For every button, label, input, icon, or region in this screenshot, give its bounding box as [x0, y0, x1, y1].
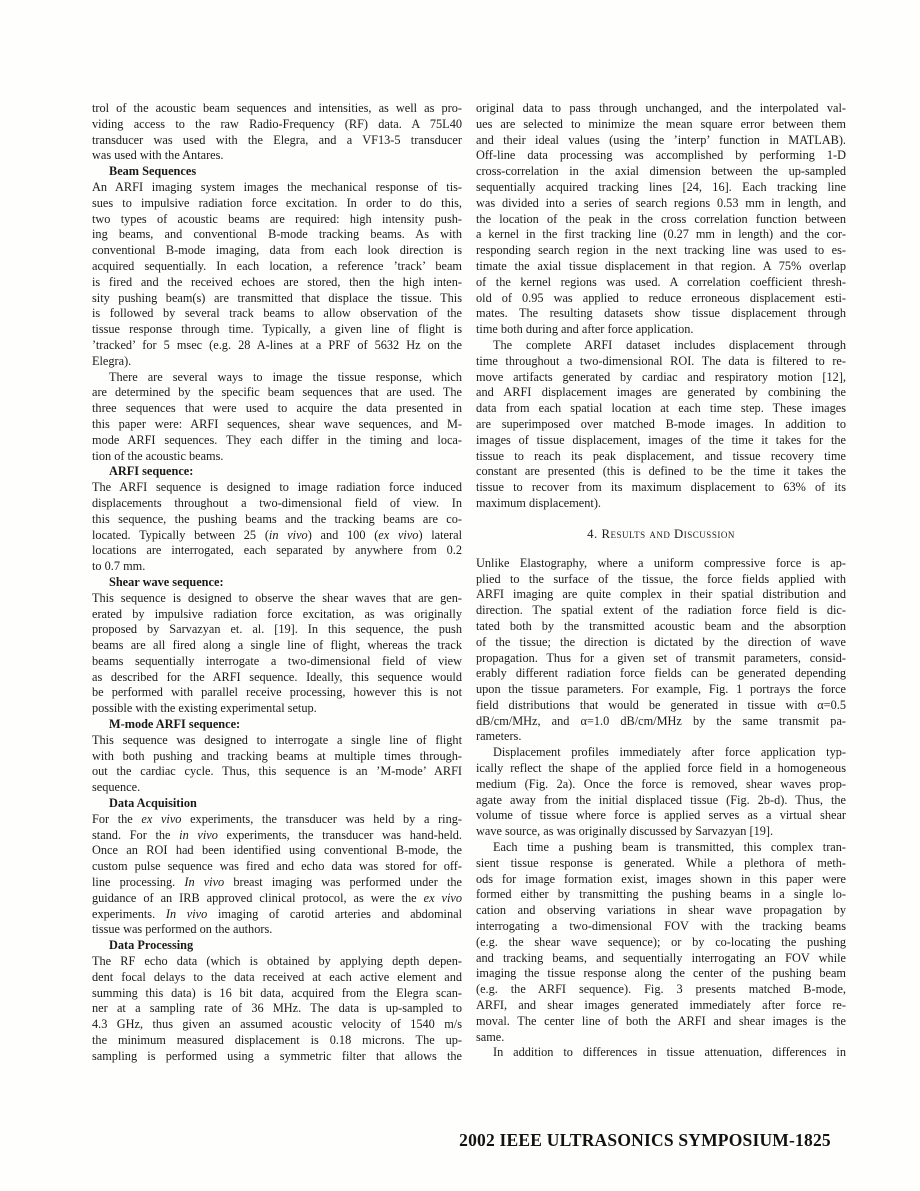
text-run: acquired sequentially. In each location,…: [92, 259, 462, 273]
text-line: moval. The center line of both the ARFI …: [476, 1014, 846, 1030]
text-line: Once an ROI had been identified using co…: [92, 843, 462, 859]
text-line: There are several ways to image the tiss…: [92, 370, 462, 386]
text-run: ing beams, and conventional B-mode track…: [92, 227, 462, 241]
italic-text-run: ex vivo: [141, 812, 181, 826]
text-run: The ARFI sequence is designed to image r…: [92, 480, 462, 494]
text-run: Displacement profiles immediately after …: [493, 745, 846, 759]
text-run: located. Typically between 25 (: [92, 528, 269, 542]
text-line: be performed with parallel receive proce…: [92, 685, 462, 701]
left-column: trol of the acoustic beam sequences and …: [92, 101, 462, 1065]
text-run: Elegra).: [92, 354, 131, 368]
text-run: sity pushing beam(s) are transmitted tha…: [92, 291, 462, 305]
italic-text-run: In vivo: [166, 907, 207, 921]
text-run: tissue response through time. Typically,…: [92, 322, 462, 336]
text-run: the location of the peak in the cross co…: [476, 212, 846, 226]
text-line: the minimum measured displacement is 0.1…: [92, 1033, 462, 1049]
text-line: interrogating a two-dimensional FOV with…: [476, 919, 846, 935]
text-line: In addition to differences in tissue att…: [476, 1045, 846, 1061]
text-run: erated by impulsive radiation force exci…: [92, 607, 462, 621]
text-run: field distributions that would be genera…: [476, 698, 846, 712]
text-line: ues are selected to minimize the mean sq…: [476, 117, 846, 133]
text-line: and ARFI displacement images are generat…: [476, 385, 846, 401]
text-run: the minimum measured displacement is 0.1…: [92, 1033, 462, 1047]
text-line: transducer was used with the Elegra, and…: [92, 133, 462, 149]
text-line: (e.g. the ARFI sequence). Fig. 3 present…: [476, 982, 846, 998]
text-line: The complete ARFI dataset includes displ…: [476, 338, 846, 354]
text-line: ARFI, and shear images generated immedia…: [476, 998, 846, 1014]
text-run: wave source, as was originally discussed…: [476, 824, 773, 838]
text-line: ’tracked’ for 5 msec (e.g. 28 A-lines at…: [92, 338, 462, 354]
text-line: same.: [476, 1030, 846, 1046]
text-run: guidance of an IRB approved clinical pro…: [92, 891, 424, 905]
text-run: tated both by the transmitted acoustic b…: [476, 619, 846, 633]
text-line: direction. The spatial extent of the rad…: [476, 603, 846, 619]
text-run: line processing.: [92, 875, 184, 889]
text-run: is fired and the received echoes are sto…: [92, 275, 462, 289]
text-run: maximum displacement).: [476, 496, 601, 510]
text-line: experiments. In vivo imaging of carotid …: [92, 907, 462, 923]
text-run: are determined by the specific beam sequ…: [92, 385, 462, 399]
text-line: beams are all fired along a single line …: [92, 638, 462, 654]
text-line: located. Typically between 25 (in vivo) …: [92, 528, 462, 544]
text-run: with both pushing and tracking beams at …: [92, 749, 462, 763]
text-run: is followed by several track beams to al…: [92, 306, 462, 320]
text-run: plied to the surface of the tissue, the …: [476, 572, 846, 586]
text-run: as described for the ARFI sequence. Idea…: [92, 670, 462, 684]
text-line: field distributions that would be genera…: [476, 698, 846, 714]
text-run: timate the axial tissue displacement in …: [476, 259, 846, 273]
text-line: Unlike Elastography, where a uniform com…: [476, 556, 846, 572]
text-line: This sequence is designed to observe the…: [92, 591, 462, 607]
text-run: dent focal delays to the data received a…: [92, 970, 462, 984]
text-run: Each time a pushing beam is transmitted,…: [493, 840, 846, 854]
text-run: stand. For the: [92, 828, 179, 842]
italic-text-run: ex vivo: [378, 528, 418, 542]
paragraph: This sequence is designed to observe the…: [92, 591, 462, 717]
text-line: are determined by the specific beam sequ…: [92, 385, 462, 401]
paragraph: There are several ways to image the tiss…: [92, 370, 462, 465]
text-line: timate the axial tissue displacement in …: [476, 259, 846, 275]
text-run: imaging the tissue response along the ce…: [476, 966, 846, 980]
text-run: ically reflect the shape of the applied …: [476, 761, 846, 775]
text-line: dB/cm/MHz, and α=1.0 dB/cm/MHz by the sa…: [476, 714, 846, 730]
text-run: tion of the acoustic beams.: [92, 449, 223, 463]
text-line: original data to pass through unchanged,…: [476, 101, 846, 117]
text-line: out the cardiac cycle. Thus, this sequen…: [92, 764, 462, 780]
text-line: The ARFI sequence is designed to image r…: [92, 480, 462, 496]
text-line: sequentially acquired tracking lines [24…: [476, 180, 846, 196]
subsection-heading: Beam Sequences: [92, 164, 462, 180]
text-line: imaging the tissue response along the ce…: [476, 966, 846, 982]
text-line: custom pulse sequence was fired and echo…: [92, 859, 462, 875]
text-line: ner at a sampling rate of 36 MHz. The da…: [92, 1001, 462, 1017]
text-run: and tracking beams, and sequentially int…: [476, 951, 846, 965]
text-run: formed either by transmitting the pushin…: [476, 887, 846, 901]
text-line: was used with the Antares.: [92, 148, 462, 164]
text-run: medium (Fig. 2a). Once the force is remo…: [476, 777, 846, 791]
text-run: Unlike Elastography, where a uniform com…: [476, 556, 846, 570]
text-run: constant are presented (this is defined …: [476, 464, 846, 478]
text-run: This sequence was designed to interrogat…: [92, 733, 462, 747]
text-line: guidance of an IRB approved clinical pro…: [92, 891, 462, 907]
subsection-heading: Shear wave sequence:: [92, 575, 462, 591]
text-line: sues to impulsive radiation force excita…: [92, 196, 462, 212]
text-run: experiments, the transducer was hand-hel…: [218, 828, 462, 842]
paragraph: Each time a pushing beam is transmitted,…: [476, 840, 846, 1045]
text-run: two types of acoustic beams are required…: [92, 212, 462, 226]
text-line: move artifacts generated by cardiac and …: [476, 370, 846, 386]
section-heading: 4. Results and Discussion: [476, 527, 846, 543]
text-run: cross-correlation in the axial dimension…: [476, 164, 846, 178]
text-run: trol of the acoustic beam sequences and …: [92, 101, 462, 115]
text-run: ner at a sampling rate of 36 MHz. The da…: [92, 1001, 462, 1015]
paragraph: The complete ARFI dataset includes displ…: [476, 338, 846, 512]
text-run: locations are interrogated, each separat…: [92, 543, 462, 557]
text-line: trol of the acoustic beam sequences and …: [92, 101, 462, 117]
text-run: of the tissue; the direction is dictated…: [476, 635, 846, 649]
text-run: mode ARFI sequences. They each differ in…: [92, 433, 462, 447]
text-run: cation and observing variations in shear…: [476, 903, 846, 917]
text-line: is fired and the received echoes are sto…: [92, 275, 462, 291]
text-run: old of 0.95 was applied to reduce errone…: [476, 291, 846, 305]
text-run: tissue was performed on the authors.: [92, 922, 272, 936]
text-line: summing this data) is 16 bit data, acqui…: [92, 986, 462, 1002]
paragraph: An ARFI imaging system images the mechan…: [92, 180, 462, 370]
paragraph: trol of the acoustic beam sequences and …: [92, 101, 462, 164]
text-run: a kernel in the first tracking line (0.2…: [476, 227, 846, 241]
text-line: maximum displacement).: [476, 496, 846, 512]
text-run: ARFI, and shear images generated immedia…: [476, 998, 846, 1012]
text-run: volume of tissue where force is applied …: [476, 808, 846, 822]
text-run: The complete ARFI dataset includes displ…: [493, 338, 846, 352]
text-line: Off-line data processing was accomplishe…: [476, 148, 846, 164]
text-line: ods for image formation exist, images sh…: [476, 872, 846, 888]
text-run: tissue to recover from its maximum displ…: [476, 480, 846, 494]
text-run: possible with the existing experimental …: [92, 701, 317, 715]
text-run: out the cardiac cycle. Thus, this sequen…: [92, 764, 462, 778]
text-line: agate away from the initial displaced ti…: [476, 793, 846, 809]
text-run: time both during and after force applica…: [476, 322, 694, 336]
text-run: dB/cm/MHz, and α=1.0 dB/cm/MHz by the sa…: [476, 714, 846, 728]
text-line: sient tissue response is generated. Whil…: [476, 856, 846, 872]
italic-text-run: in vivo: [179, 828, 218, 842]
text-run: ) and 100 (: [308, 528, 379, 542]
text-run: to 0.7 mm.: [92, 559, 145, 573]
text-run: summing this data) is 16 bit data, acqui…: [92, 986, 462, 1000]
text-line: stand. For the in vivo experiments, the …: [92, 828, 462, 844]
text-run: In addition to differences in tissue att…: [493, 1045, 846, 1059]
paragraph: original data to pass through unchanged,…: [476, 101, 846, 338]
text-run: imaging of carotid arteries and abdomina…: [207, 907, 462, 921]
text-run: upon the tissue parameters. For example,…: [476, 682, 846, 696]
text-line: sampling is performed using a symmetric …: [92, 1049, 462, 1065]
text-line: volume of tissue where force is applied …: [476, 808, 846, 824]
page-footer: 2002 IEEE ULTRASONICS SYMPOSIUM-1825: [459, 1130, 831, 1151]
text-run: (e.g. the shear wave sequence); or by co…: [476, 935, 846, 949]
text-run: viding access to the raw Radio-Frequency…: [92, 117, 462, 131]
text-run: This sequence is designed to observe the…: [92, 591, 462, 605]
text-line: this sequence, the pushing beams and the…: [92, 512, 462, 528]
text-line: a kernel in the first tracking line (0.2…: [476, 227, 846, 243]
text-run: beams sequentially interrogate a two-dim…: [92, 654, 462, 668]
text-line: upon the tissue parameters. For example,…: [476, 682, 846, 698]
text-line: plied to the surface of the tissue, the …: [476, 572, 846, 588]
text-line: three sequences that were used to acquir…: [92, 401, 462, 417]
text-run: was used with the Antares.: [92, 148, 223, 162]
text-line: of the tissue; the direction is dictated…: [476, 635, 846, 651]
text-run: this paper were: ARFI sequences, shear w…: [92, 417, 462, 431]
text-line: the location of the peak in the cross co…: [476, 212, 846, 228]
text-run: For the: [92, 812, 141, 826]
text-run: An ARFI imaging system images the mechan…: [92, 180, 462, 194]
text-line: An ARFI imaging system images the mechan…: [92, 180, 462, 196]
text-run: mates. The resulting datasets show tissu…: [476, 306, 846, 320]
text-line: This sequence was designed to interrogat…: [92, 733, 462, 749]
paragraph: The RF echo data (which is obtained by a…: [92, 954, 462, 1065]
paragraph: Displacement profiles immediately after …: [476, 745, 846, 840]
text-line: Elegra).: [92, 354, 462, 370]
text-run: ) lateral: [418, 528, 462, 542]
text-run: was divided into a series of search regi…: [476, 196, 846, 210]
text-run: tissue to reach its peak displacement, a…: [476, 449, 846, 463]
text-run: ues are selected to minimize the mean sq…: [476, 117, 846, 131]
subsection-heading: M-mode ARFI sequence:: [92, 717, 462, 733]
text-run: erably different radiation force fields …: [476, 666, 846, 680]
text-line: is followed by several track beams to al…: [92, 306, 462, 322]
text-line: beams sequentially interrogate a two-dim…: [92, 654, 462, 670]
text-line: constant are presented (this is defined …: [476, 464, 846, 480]
text-line: tion of the acoustic beams.: [92, 449, 462, 465]
text-run: conventional B-mode imaging, data from e…: [92, 243, 462, 257]
text-run: and their ideal values (using the ’inter…: [476, 133, 846, 147]
text-line: as described for the ARFI sequence. Idea…: [92, 670, 462, 686]
text-line: displacements throughout a two-dimension…: [92, 496, 462, 512]
text-run: sient tissue response is generated. Whil…: [476, 856, 846, 870]
text-line: this paper were: ARFI sequences, shear w…: [92, 417, 462, 433]
subsection-heading: Data Acquisition: [92, 796, 462, 812]
text-line: propagation. Thus for a given set of tra…: [476, 651, 846, 667]
text-line: Each time a pushing beam is transmitted,…: [476, 840, 846, 856]
text-line: dent focal delays to the data received a…: [92, 970, 462, 986]
text-run: rameters.: [476, 729, 521, 743]
text-run: There are several ways to image the tiss…: [109, 370, 462, 384]
text-run: this sequence, the pushing beams and the…: [92, 512, 462, 526]
text-line: tissue response through time. Typically,…: [92, 322, 462, 338]
text-run: ’tracked’ for 5 msec (e.g. 28 A-lines at…: [92, 338, 462, 352]
italic-text-run: In vivo: [184, 875, 224, 889]
text-run: sampling is performed using a symmetric …: [92, 1049, 462, 1063]
text-line: The RF echo data (which is obtained by a…: [92, 954, 462, 970]
text-run: ARFI imaging are quite complex in their …: [476, 587, 846, 601]
italic-text-run: ex vivo: [424, 891, 462, 905]
paragraph: Unlike Elastography, where a uniform com…: [476, 556, 846, 746]
text-run: custom pulse sequence was fired and echo…: [92, 859, 462, 873]
text-line: Displacement profiles immediately after …: [476, 745, 846, 761]
paragraph: The ARFI sequence is designed to image r…: [92, 480, 462, 575]
text-run: original data to pass through unchanged,…: [476, 101, 846, 115]
text-line: rameters.: [476, 729, 846, 745]
text-line: locations are interrogated, each separat…: [92, 543, 462, 559]
text-line: tated both by the transmitted acoustic b…: [476, 619, 846, 635]
text-line: proposed by Sarvazyan et. al. [19]. In t…: [92, 622, 462, 638]
text-line: formed either by transmitting the pushin…: [476, 887, 846, 903]
text-line: sity pushing beam(s) are transmitted tha…: [92, 291, 462, 307]
text-run: transducer was used with the Elegra, and…: [92, 133, 462, 147]
text-run: experiments.: [92, 907, 166, 921]
paragraph: This sequence was designed to interrogat…: [92, 733, 462, 796]
text-line: possible with the existing experimental …: [92, 701, 462, 717]
text-line: sequence.: [92, 780, 462, 796]
text-run: be performed with parallel receive proce…: [92, 685, 462, 699]
text-line: and their ideal values (using the ’inter…: [476, 133, 846, 149]
text-line: ically reflect the shape of the applied …: [476, 761, 846, 777]
text-line: time both during and after force applica…: [476, 322, 846, 338]
right-column: original data to pass through unchanged,…: [476, 101, 846, 1061]
italic-text-run: in vivo: [269, 528, 308, 542]
text-line: erably different radiation force fields …: [476, 666, 846, 682]
text-line: data from each spatial location at each …: [476, 401, 846, 417]
text-run: agate away from the initial displaced ti…: [476, 793, 846, 807]
text-run: 4.3 GHz, thus given an assumed acoustic …: [92, 1017, 462, 1031]
text-run: Off-line data processing was accomplishe…: [476, 148, 846, 162]
text-run: interrogating a two-dimensional FOV with…: [476, 919, 846, 933]
text-line: with both pushing and tracking beams at …: [92, 749, 462, 765]
text-run: direction. The spatial extent of the rad…: [476, 603, 846, 617]
subsection-heading: ARFI sequence:: [92, 464, 462, 480]
text-run: time throughout a two-dimensional ROI. T…: [476, 354, 846, 368]
text-run: sequence.: [92, 780, 140, 794]
text-line: cation and observing variations in shear…: [476, 903, 846, 919]
text-line: conventional B-mode imaging, data from e…: [92, 243, 462, 259]
text-line: erated by impulsive radiation force exci…: [92, 607, 462, 623]
text-line: mode ARFI sequences. They each differ in…: [92, 433, 462, 449]
text-run: breast imaging was performed under the: [224, 875, 462, 889]
text-line: 4.3 GHz, thus given an assumed acoustic …: [92, 1017, 462, 1033]
text-run: data from each spatial location at each …: [476, 401, 846, 415]
text-line: responding search region in the next tra…: [476, 243, 846, 259]
text-line: two types of acoustic beams are required…: [92, 212, 462, 228]
text-line: was divided into a series of search regi…: [476, 196, 846, 212]
text-line: tissue to reach its peak displacement, a…: [476, 449, 846, 465]
text-run: three sequences that were used to acquir…: [92, 401, 462, 415]
paragraph: In addition to differences in tissue att…: [476, 1045, 846, 1061]
text-line: mates. The resulting datasets show tissu…: [476, 306, 846, 322]
text-run: move artifacts generated by cardiac and …: [476, 370, 846, 384]
text-line: of the kernel regions was used. A correl…: [476, 275, 846, 291]
text-run: same.: [476, 1030, 504, 1044]
text-line: cross-correlation in the axial dimension…: [476, 164, 846, 180]
text-line: to 0.7 mm.: [92, 559, 462, 575]
text-run: sequentially acquired tracking lines [24…: [476, 180, 846, 194]
text-run: experiments, the transducer was held by …: [181, 812, 462, 826]
text-run: sues to impulsive radiation force excita…: [92, 196, 462, 210]
text-run: beams are all fired along a single line …: [92, 638, 462, 652]
text-line: and tracking beams, and sequentially int…: [476, 951, 846, 967]
text-run: proposed by Sarvazyan et. al. [19]. In t…: [92, 622, 462, 636]
text-run: Once an ROI had been identified using co…: [92, 843, 462, 857]
text-line: time throughout a two-dimensional ROI. T…: [476, 354, 846, 370]
text-line: ARFI imaging are quite complex in their …: [476, 587, 846, 603]
text-line: line processing. In vivo breast imaging …: [92, 875, 462, 891]
text-line: ing beams, and conventional B-mode track…: [92, 227, 462, 243]
text-line: For the ex vivo experiments, the transdu…: [92, 812, 462, 828]
text-line: tissue was performed on the authors.: [92, 922, 462, 938]
paragraph: For the ex vivo experiments, the transdu…: [92, 812, 462, 938]
text-line: images of tissue displacement, images of…: [476, 433, 846, 449]
subsection-heading: Data Processing: [92, 938, 462, 954]
text-line: wave source, as was originally discussed…: [476, 824, 846, 840]
text-run: moval. The center line of both the ARFI …: [476, 1014, 846, 1028]
text-line: tissue to recover from its maximum displ…: [476, 480, 846, 496]
text-run: and ARFI displacement images are generat…: [476, 385, 846, 399]
text-line: are superimposed over matched B-mode ima…: [476, 417, 846, 433]
text-run: ods for image formation exist, images sh…: [476, 872, 846, 886]
text-run: (e.g. the ARFI sequence). Fig. 3 present…: [476, 982, 846, 996]
text-line: medium (Fig. 2a). Once the force is remo…: [476, 777, 846, 793]
text-run: are superimposed over matched B-mode ima…: [476, 417, 846, 431]
text-run: displacements throughout a two-dimension…: [92, 496, 462, 510]
text-line: old of 0.95 was applied to reduce errone…: [476, 291, 846, 307]
text-run: responding search region in the next tra…: [476, 243, 846, 257]
text-run: of the kernel regions was used. A correl…: [476, 275, 846, 289]
text-run: images of tissue displacement, images of…: [476, 433, 846, 447]
text-line: acquired sequentially. In each location,…: [92, 259, 462, 275]
text-line: viding access to the raw Radio-Frequency…: [92, 117, 462, 133]
text-run: propagation. Thus for a given set of tra…: [476, 651, 846, 665]
text-line: (e.g. the shear wave sequence); or by co…: [476, 935, 846, 951]
text-run: The RF echo data (which is obtained by a…: [92, 954, 462, 968]
